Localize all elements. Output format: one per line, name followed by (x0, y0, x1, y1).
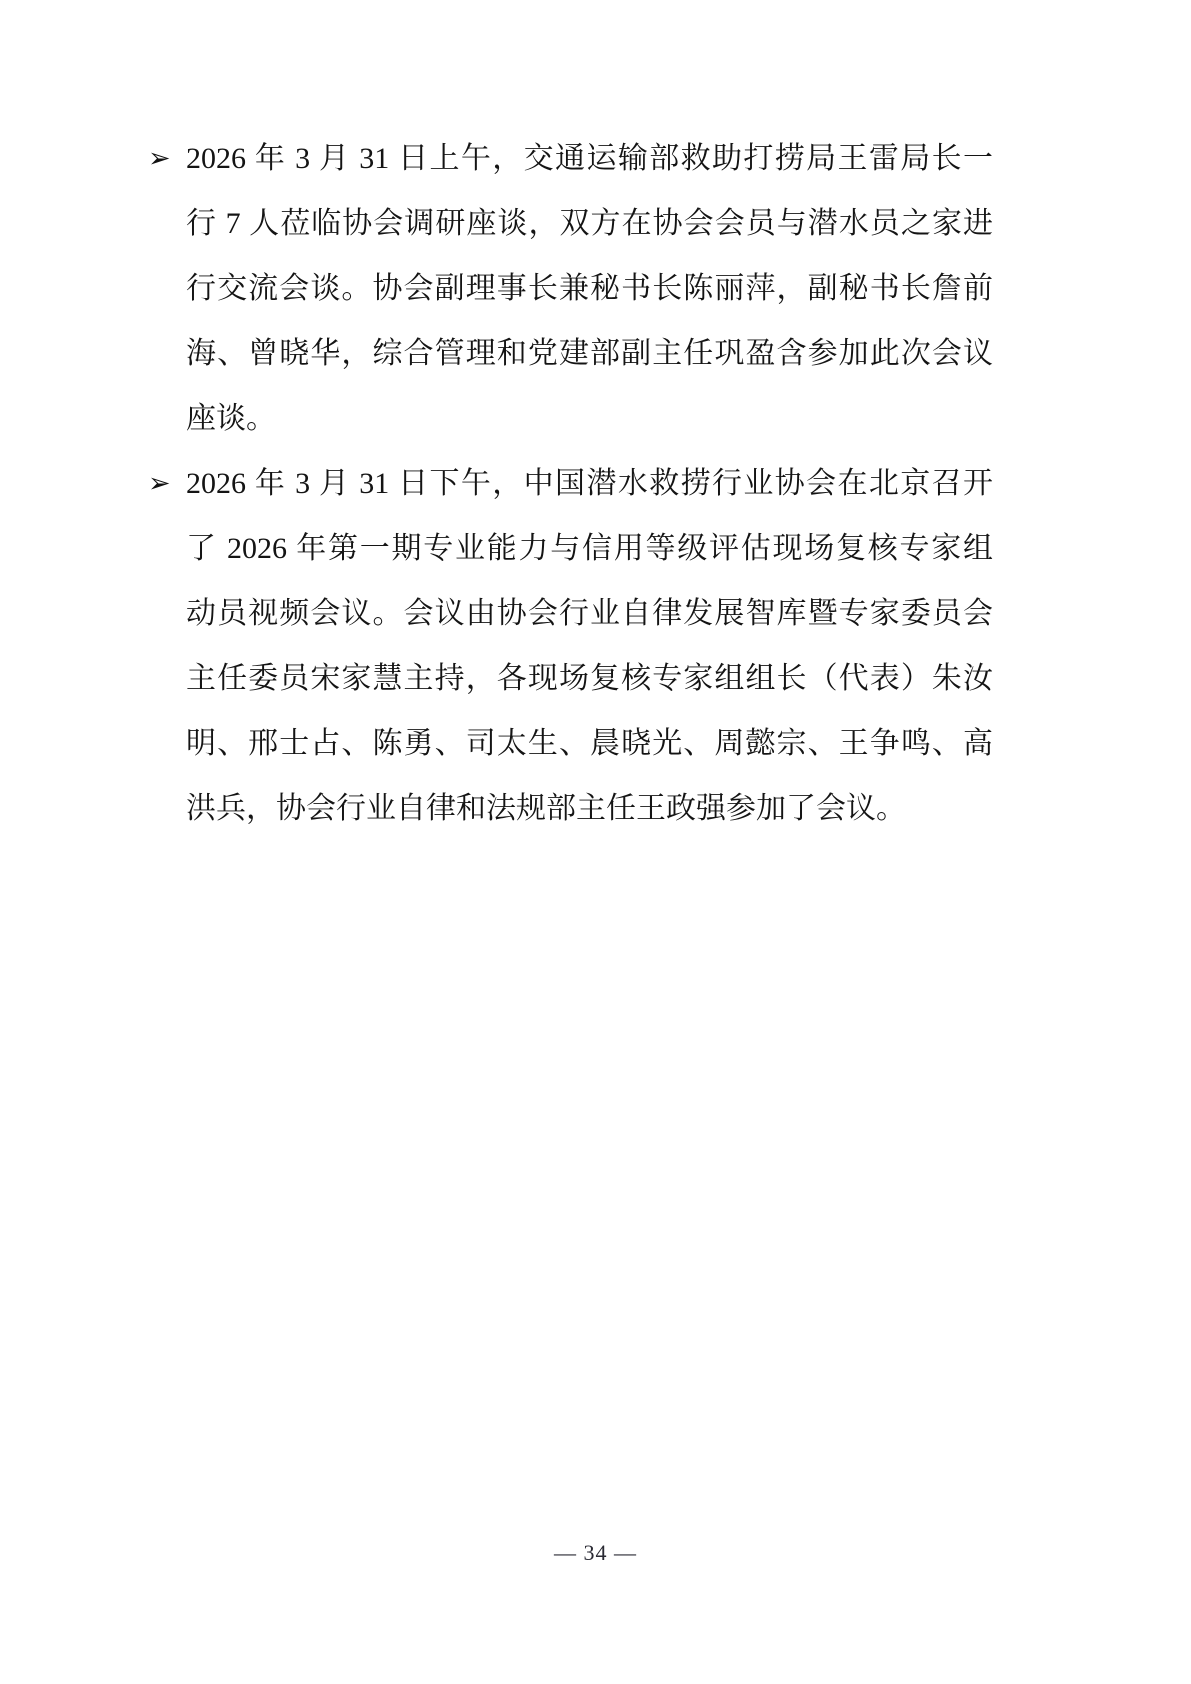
paragraph-line: 座谈。 (186, 386, 993, 451)
paragraph-line: 明、邢士占、陈勇、司太生、晨晓光、周懿宗、王争鸣、高 (186, 711, 993, 776)
paragraph-line: 主任委员宋家慧主持，各现场复核专家组组长（代表）朱汝 (186, 646, 993, 711)
bullet-paragraph: 2026 年 3 月 31 日下午，中国潜水救捞行业协会在北京召开了 2026 … (186, 451, 993, 841)
paragraph-line: 行交流会谈。协会副理事长兼秘书长陈丽萍，副秘书长詹前 (186, 256, 993, 321)
paragraph-line: 动员视频会议。会议由协会行业自律发展智库暨专家委员会 (186, 581, 993, 646)
arrow-bullet-icon: ➢ (148, 451, 186, 516)
paragraph-line: 2026 年 3 月 31 日下午，中国潜水救捞行业协会在北京召开 (186, 451, 993, 516)
paragraph-line: 行 7 人莅临协会调研座谈，双方在协会会员与潜水员之家进 (186, 191, 993, 256)
bullet-item-meeting-2: ➢ 2026 年 3 月 31 日下午，中国潜水救捞行业协会在北京召开了 202… (148, 451, 993, 841)
document-page: ➢ 2026 年 3 月 31 日上午，交通运输部救助打捞局王雷局长一行 7 人… (0, 0, 1191, 1684)
bullet-paragraph: 2026 年 3 月 31 日上午，交通运输部救助打捞局王雷局长一行 7 人莅临… (186, 126, 993, 451)
paragraph-line: 洪兵，协会行业自律和法规部主任王政强参加了会议。 (186, 776, 993, 841)
paragraph-line: 2026 年 3 月 31 日上午，交通运输部救助打捞局王雷局长一 (186, 126, 993, 191)
arrow-bullet-icon: ➢ (148, 126, 186, 191)
page-body: ➢ 2026 年 3 月 31 日上午，交通运输部救助打捞局王雷局长一行 7 人… (148, 126, 993, 841)
paragraph-line: 海、曾晓华，综合管理和党建部副主任巩盈含参加此次会议 (186, 321, 993, 386)
paragraph-line: 了 2026 年第一期专业能力与信用等级评估现场复核专家组 (186, 516, 993, 581)
page-number: — 34 — (0, 1538, 1191, 1568)
bullet-item-meeting-1: ➢ 2026 年 3 月 31 日上午，交通运输部救助打捞局王雷局长一行 7 人… (148, 126, 993, 451)
